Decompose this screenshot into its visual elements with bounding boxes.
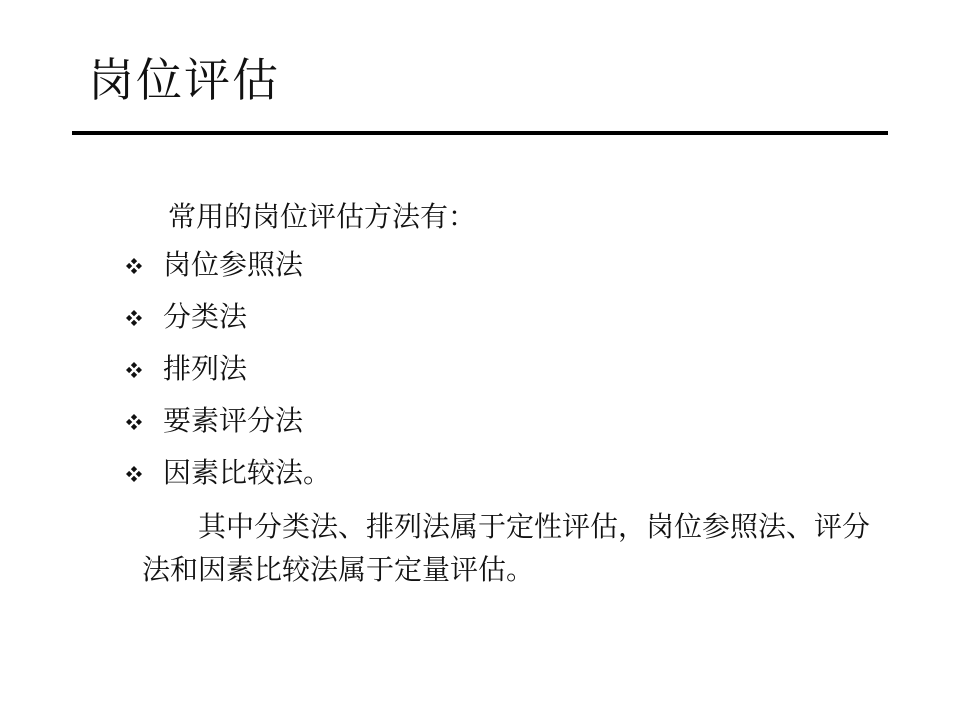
bullet-item-label: 岗位参照法 bbox=[163, 249, 303, 283]
diamond-bullet-icon bbox=[126, 310, 142, 326]
slide-title: 岗位评估 bbox=[88, 54, 280, 108]
bullet-item-label: 因素比较法。 bbox=[163, 457, 331, 491]
diamond-bullet-icon bbox=[126, 414, 142, 430]
list-item: 因素比较法。 bbox=[126, 457, 331, 491]
list-item: 分类法 bbox=[126, 301, 331, 335]
closing-paragraph: 其中分类法、排列法属于定性评估，岗位参照法、评分法和因素比较法属于定量评估。 bbox=[142, 506, 892, 592]
list-item: 岗位参照法 bbox=[126, 249, 331, 283]
intro-text: 常用的岗位评估方法有： bbox=[168, 200, 476, 236]
bullet-item-label: 要素评分法 bbox=[163, 405, 303, 439]
bullet-item-label: 分类法 bbox=[163, 301, 247, 335]
diamond-bullet-icon bbox=[126, 466, 142, 482]
list-item: 排列法 bbox=[126, 353, 331, 387]
list-item: 要素评分法 bbox=[126, 405, 331, 439]
title-underline-rule bbox=[72, 131, 888, 135]
bullet-list: 岗位参照法 分类法 排列法 要素评分法 bbox=[126, 249, 331, 509]
diamond-bullet-icon bbox=[126, 258, 142, 274]
diamond-bullet-icon bbox=[126, 362, 142, 378]
slide: 岗位评估 常用的岗位评估方法有： 岗位参照法 分类法 排列法 bbox=[0, 0, 960, 720]
bullet-item-label: 排列法 bbox=[163, 353, 247, 387]
